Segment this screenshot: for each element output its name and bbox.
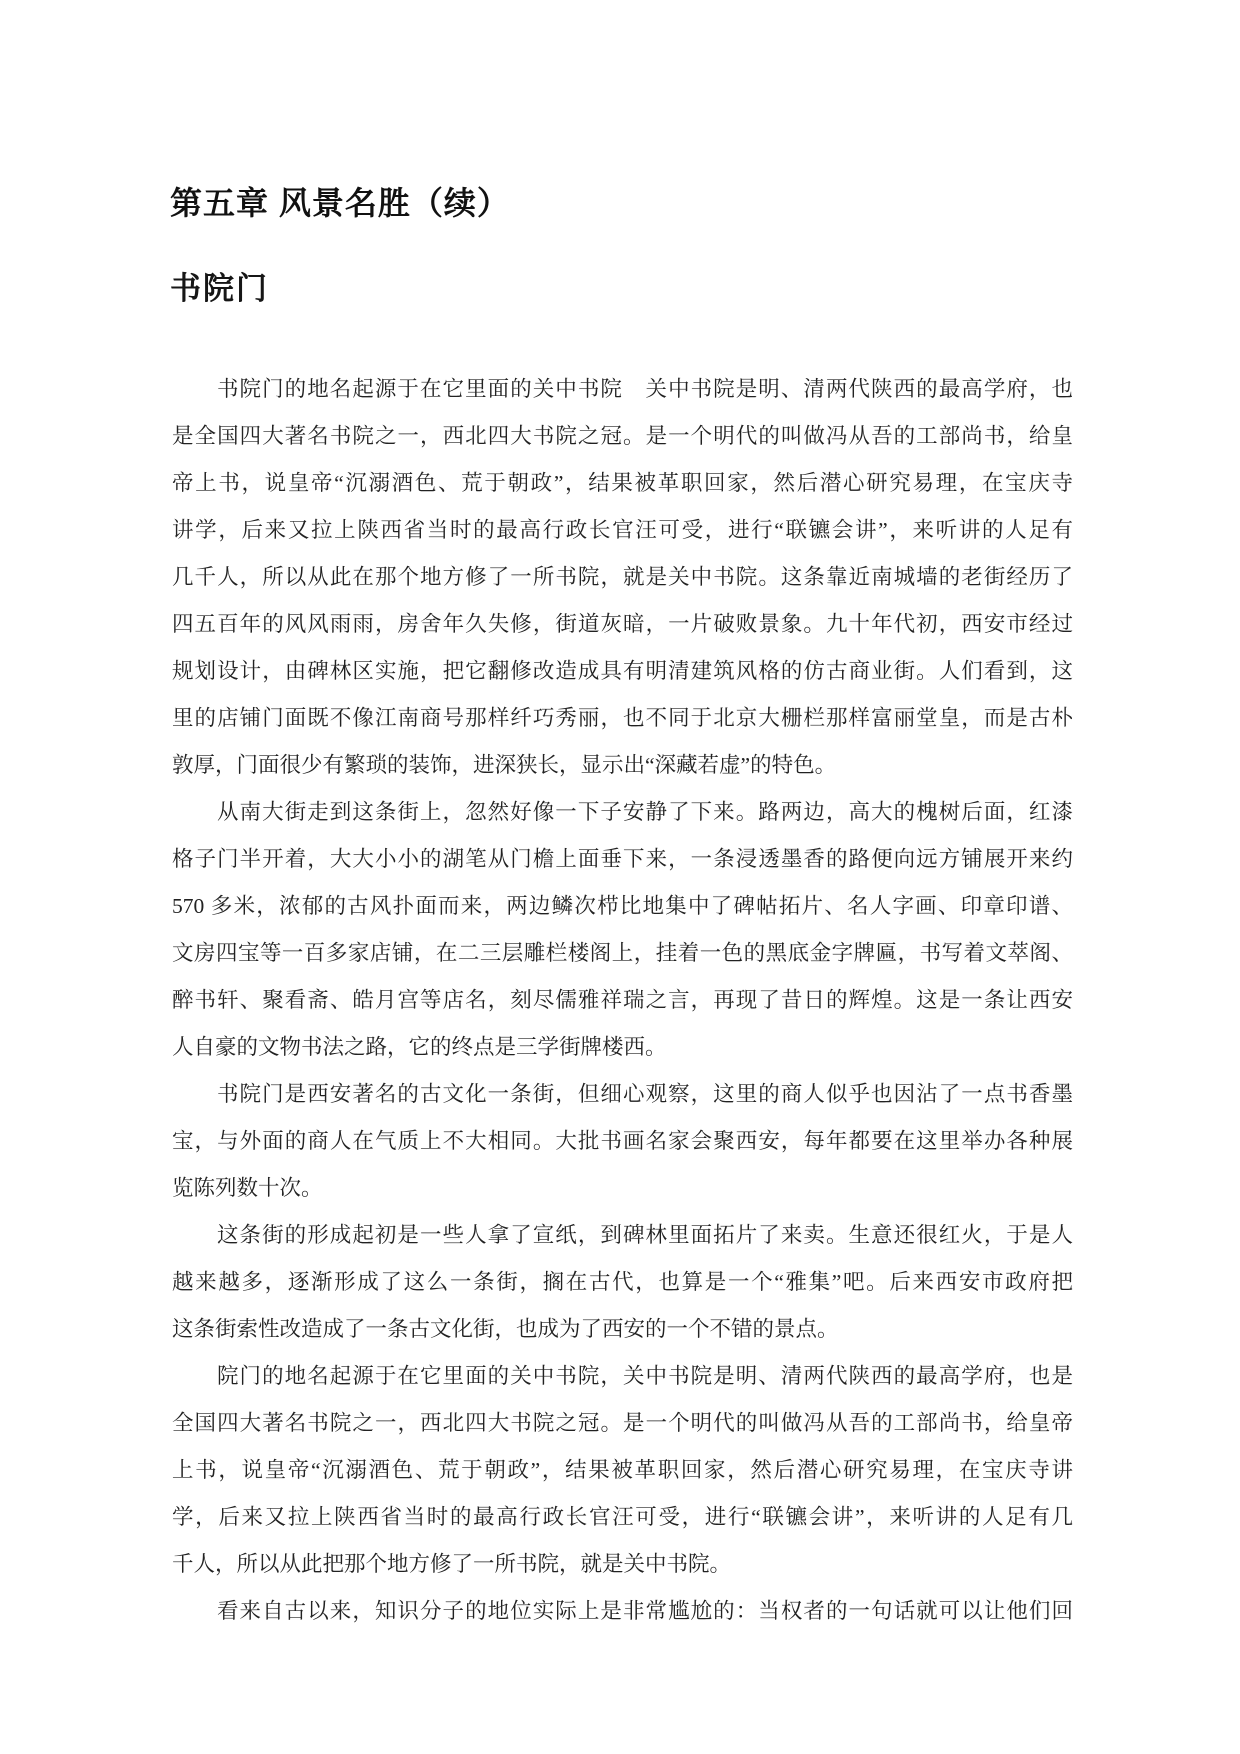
text-line-p6-1: 看来自古以来，知识分子的地位实际上是非常尴尬的：当权者的一句话就可以让他们回: [172, 1588, 1073, 1635]
text-line-p5-5: 千人，所以从此把那个地方修了一所书院，就是关中书院。: [172, 1541, 1073, 1588]
text-line-p5-1: 院门的地名起源于在它里面的关中书院，关中书院是明、清两代陕西的最高学府，也是: [172, 1353, 1073, 1400]
text-line-p5-3: 上书，说皇帝“沉溺酒色、荒于朝政”，结果被革职回家，然后潜心研究易理，在宝庆寺讲: [172, 1447, 1073, 1494]
text-line-p2-6: 人自豪的文物书法之路，它的终点是三学街牌楼西。: [172, 1024, 1073, 1071]
text-line-p1-9: 敦厚，门面很少有繁琐的装饰，进深狭长，显示出“深藏若虚”的特色。: [172, 742, 1073, 789]
text-line-p1-8: 里的店铺门面既不像江南商号那样纤巧秀丽，也不同于北京大栅栏那样富丽堂皇，而是古朴: [172, 695, 1073, 742]
chapter-title: 第五章 风景名胜（续）: [170, 184, 510, 222]
text-line-p1-1: 书院门的地名起源于在它里面的关中书院 关中书院是明、清两代陕西的最高学府，也: [172, 366, 1073, 413]
text-line-p4-3: 这条街索性改造成了一条古文化街，也成为了西安的一个不错的景点。: [172, 1306, 1073, 1353]
text-line-p1-3: 帝上书，说皇帝“沉溺酒色、荒于朝政”，结果被革职回家，然后潜心研究易理，在宝庆寺: [172, 460, 1073, 507]
text-line-p2-3: 570 多米，浓郁的古风扑面而来，两边鳞次栉比地集中了碑帖拓片、名人字画、印章印…: [172, 883, 1073, 930]
text-line-p2-2: 格子门半开着，大大小小的湖笔从门檐上面垂下来，一条浸透墨香的路便向远方铺展开来约: [172, 836, 1073, 883]
page-body: 书院门的地名起源于在它里面的关中书院 关中书院是明、清两代陕西的最高学府，也是全…: [172, 366, 1073, 1635]
text-line-p3-2: 宝，与外面的商人在气质上不大相同。大批书画名家会聚西安，每年都要在这里举办各种展: [172, 1118, 1073, 1165]
text-line-p1-5: 几千人，所以从此在那个地方修了一所书院，就是关中书院。这条靠近南城墙的老街经历了: [172, 554, 1073, 601]
text-line-p5-2: 全国四大著名书院之一，西北四大书院之冠。是一个明代的叫做冯从吾的工部尚书，给皇帝: [172, 1400, 1073, 1447]
text-line-p2-1: 从南大街走到这条街上，忽然好像一下子安静了下来。路两边，高大的槐树后面，红漆: [172, 789, 1073, 836]
text-line-p4-2: 越来越多，逐渐形成了这么一条街，搁在古代，也算是一个“雅集”吧。后来西安市政府把: [172, 1259, 1073, 1306]
text-line-p2-4: 文房四宝等一百多家店铺，在二三层雕栏楼阁上，挂着一色的黑底金字牌匾，书写着文萃阁…: [172, 930, 1073, 977]
text-line-p3-1: 书院门是西安著名的古文化一条街，但细心观察，这里的商人似乎也因沾了一点书香墨: [172, 1071, 1073, 1118]
text-line-p4-1: 这条街的形成起初是一些人拿了宣纸，到碑林里面拓片了来卖。生意还很红火，于是人: [172, 1212, 1073, 1259]
text-line-p1-7: 规划设计，由碑林区实施，把它翻修改造成具有明清建筑风格的仿古商业街。人们看到，这: [172, 648, 1073, 695]
text-line-p3-3: 览陈列数十次。: [172, 1165, 1073, 1212]
document-page: 第五章 风景名胜（续） 书院门 书院门的地名起源于在它里面的关中书院 关中书院是…: [0, 0, 1240, 1754]
text-line-p1-2: 是全国四大著名书院之一，西北四大书院之冠。是一个明代的叫做冯从吾的工部尚书，给皇: [172, 413, 1073, 460]
text-line-p1-4: 讲学，后来又拉上陕西省当时的最高行政长官汪可受，进行“联镳会讲”，来听讲的人足有: [172, 507, 1073, 554]
text-line-p1-6: 四五百年的风风雨雨，房舍年久失修，街道灰暗，一片破败景象。九十年代初，西安市经过: [172, 601, 1073, 648]
text-line-p5-4: 学，后来又拉上陕西省当时的最高行政长官汪可受，进行“联镳会讲”，来听讲的人足有几: [172, 1494, 1073, 1541]
text-line-p2-5: 醉书轩、聚看斋、皓月宫等店名，刻尽儒雅祥瑞之言，再现了昔日的辉煌。这是一条让西安: [172, 977, 1073, 1024]
section-heading: 书院门: [170, 270, 269, 307]
